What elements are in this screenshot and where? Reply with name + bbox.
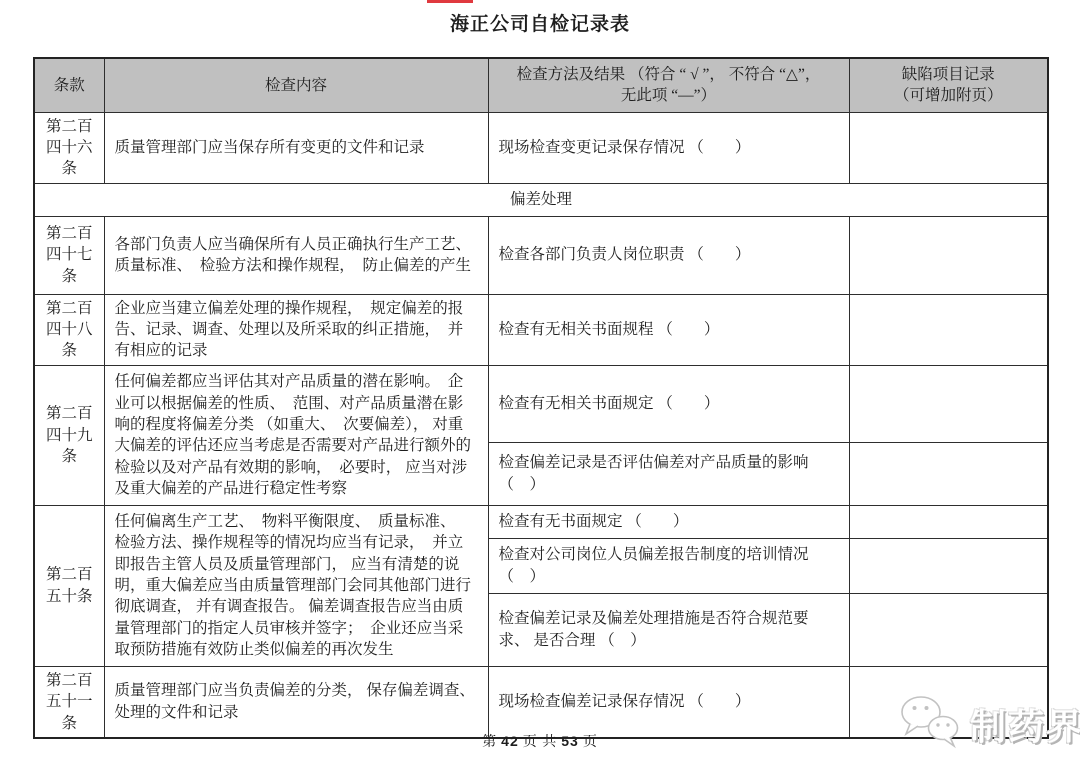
section-label: 偏差处理 <box>34 183 1048 216</box>
footer-label-gong: 共 <box>542 735 557 750</box>
defect-cell <box>849 216 1048 294</box>
header-cell-defect: 缺陷项目记录 （可增加附页） <box>849 58 1048 112</box>
header-defect-line1: 缺陷项目记录 <box>858 64 1040 85</box>
clause-cell: 第二百五十一条 <box>34 666 104 738</box>
table-row-246: 第二百四十六条 质量管理部门应当保存所有变更的文件和记录 现场检查变更记录保存情… <box>34 112 1048 183</box>
table-row-247: 第二百四十七条 各部门负责人应当确保所有人员正确执行生产工艺、质量标准、 检验方… <box>34 216 1048 294</box>
table-row-248: 第二百四十八条 企业应当建立偏差处理的操作规程， 规定偏差的报告、记录、调查、处… <box>34 294 1048 365</box>
defect-cell <box>849 505 1048 538</box>
table-row-250: 第二百五十条 任何偏离生产工艺、 物料平衡限度、 质量标准、 检验方法、操作规程… <box>34 505 1048 538</box>
content-cell: 任何偏差都应当评估其对产品质量的潜在影响。 企业可以根据偏差的性质、 范围、对产… <box>104 365 488 505</box>
red-scan-artifact <box>427 0 473 3</box>
defect-cell <box>849 365 1048 442</box>
method-cell: 检查对公司岗位人员偏差报告制度的培训情况（ ） <box>488 538 849 593</box>
inspection-table: 条款 检查内容 检查方法及结果 （符合 “ √ ”， 不符合 “△”， 无此项 … <box>33 57 1049 739</box>
method-cell: 检查偏差记录是否评估偏差对产品质量的影响（ ） <box>488 442 849 505</box>
method-cell: 检查各部门负责人岗位职责 （ ） <box>488 216 849 294</box>
clause-cell: 第二百五十条 <box>34 505 104 666</box>
header-defect-line2: （可增加附页） <box>858 85 1040 106</box>
footer-label-di: 第 <box>482 735 497 750</box>
wechat-icon <box>898 694 964 755</box>
method-cell: 检查有无相关书面规定 （ ） <box>488 365 849 442</box>
method-cell: 检查有无相关书面规程 （ ） <box>488 294 849 365</box>
footer-label-ye2: 页 <box>583 735 598 750</box>
method-cell: 现场检查偏差记录保存情况 （ ） <box>488 666 849 738</box>
page-title: 海正公司自检记录表 <box>0 9 1080 36</box>
clause-cell: 第二百四十九条 <box>34 365 104 505</box>
footer-total-pages: 53 <box>561 733 579 749</box>
content-cell: 任何偏离生产工艺、 物料平衡限度、 质量标准、 检验方法、操作规程等的情况均应当… <box>104 505 488 666</box>
content-cell: 质量管理部门应当负责偏差的分类， 保存偏差调查、 处理的文件和记录 <box>104 666 488 738</box>
clause-cell: 第二百四十八条 <box>34 294 104 365</box>
content-cell: 各部门负责人应当确保所有人员正确执行生产工艺、质量标准、 检验方法和操作规程， … <box>104 216 488 294</box>
content-cell: 企业应当建立偏差处理的操作规程， 规定偏差的报告、记录、调查、处理以及所采取的纠… <box>104 294 488 365</box>
defect-cell <box>849 593 1048 666</box>
content-cell: 质量管理部门应当保存所有变更的文件和记录 <box>104 112 488 183</box>
clause-cell: 第二百四十六条 <box>34 112 104 183</box>
header-row: 条款 检查内容 检查方法及结果 （符合 “ √ ”， 不符合 “△”， 无此项 … <box>34 58 1048 112</box>
defect-cell <box>849 294 1048 365</box>
method-cell: 现场检查变更记录保存情况 （ ） <box>488 112 849 183</box>
table-row-251: 第二百五十一条 质量管理部门应当负责偏差的分类， 保存偏差调查、 处理的文件和记… <box>34 666 1048 738</box>
watermark-text: 制药界 <box>970 699 1080 750</box>
clause-cell: 第二百四十七条 <box>34 216 104 294</box>
defect-cell <box>849 112 1048 183</box>
method-cell: 检查有无书面规定 （ ） <box>488 505 849 538</box>
header-method-line2: 无此项 “—”） <box>497 85 841 106</box>
defect-cell <box>849 538 1048 593</box>
table-row-249: 第二百四十九条 任何偏差都应当评估其对产品质量的潜在影响。 企业可以根据偏差的性… <box>34 365 1048 442</box>
header-cell-content: 检查内容 <box>104 58 488 112</box>
method-cell: 检查偏差记录及偏差处理措施是否符合规范要求、 是否合理 （ ） <box>488 593 849 666</box>
section-row: 偏差处理 <box>34 183 1048 216</box>
defect-cell <box>849 442 1048 505</box>
footer-label-ye1: 页 <box>523 735 538 750</box>
watermark: 制药界 <box>898 694 1080 755</box>
header-cell-clause: 条款 <box>34 58 104 112</box>
header-cell-method: 检查方法及结果 （符合 “ √ ”， 不符合 “△”， 无此项 “—”） <box>488 58 849 112</box>
header-method-line1: 检查方法及结果 （符合 “ √ ”， 不符合 “△”， <box>497 64 841 85</box>
footer-page-number: 42 <box>501 733 519 749</box>
